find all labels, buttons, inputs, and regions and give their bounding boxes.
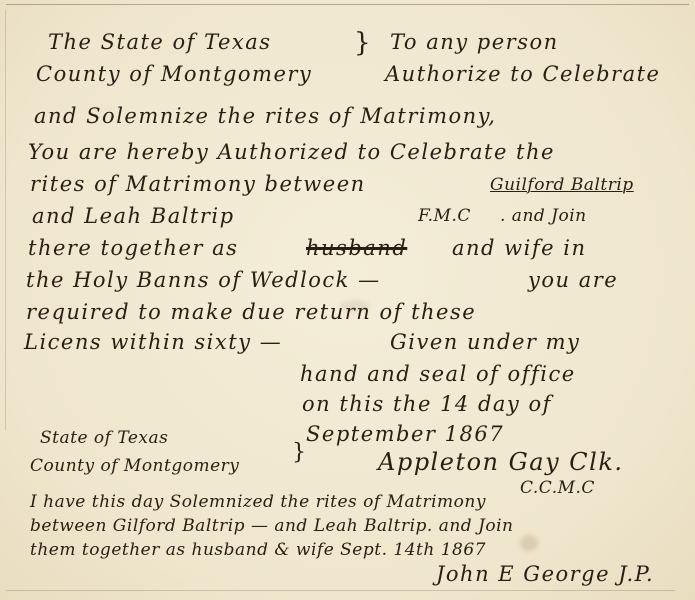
- license-line-1: and Solemnize the rites of Matrimony,: [34, 104, 496, 128]
- and-wife-in: and wife in: [452, 236, 586, 260]
- and-join: . and Join: [500, 206, 587, 226]
- justice-signature: John E George J.P.: [436, 562, 654, 586]
- caption-brace-icon: }: [354, 28, 371, 58]
- license-line-5: there together as: [28, 236, 238, 260]
- license-line-10: on this the 14 day of: [302, 392, 552, 416]
- clerk-title: C.C.M.C: [520, 478, 595, 498]
- return-line-1: I have this day Solemnized the rites of …: [30, 492, 486, 512]
- groom-name: Guilford Baltrip: [490, 175, 634, 195]
- license-line-4: and Leah Baltrip: [32, 204, 235, 228]
- ink-smudge: [340, 300, 370, 312]
- return-line-3: them together as husband & wife Sept. 14…: [30, 540, 486, 560]
- caption-authorize: Authorize to Celebrate: [385, 62, 660, 86]
- license-line-8: Licens within sixty —: [24, 330, 282, 354]
- caption-state: The State of Texas: [48, 30, 272, 54]
- license-line-11: September 1867: [306, 422, 504, 446]
- given-under: Given under my: [390, 330, 580, 354]
- return-caption-county: County of Montgomery: [30, 456, 239, 476]
- left-margin-rule: [5, 10, 6, 430]
- license-line-3: rites of Matrimony between: [30, 172, 366, 196]
- caption-to-any-person: To any person: [390, 30, 559, 54]
- license-line-9: hand and seal of office: [300, 362, 576, 386]
- fmc-abbreviation: F.M.C: [418, 206, 471, 226]
- top-border-rule: [6, 4, 689, 5]
- license-line-2: You are hereby Authorized to Celebrate t…: [28, 140, 555, 164]
- return-line-2: between Gilford Baltrip — and Leah Baltr…: [30, 516, 514, 536]
- document-page: The State of Texas County of Montgomery …: [0, 0, 695, 600]
- license-line-6: the Holy Banns of Wedlock —: [26, 268, 381, 292]
- struck-word: husband: [306, 236, 407, 260]
- return-brace-icon: }: [292, 440, 306, 465]
- bottom-border-rule: [6, 590, 675, 591]
- you-are: you are: [528, 268, 618, 292]
- license-line-7: required to make due return of these: [26, 300, 476, 324]
- return-caption-state: State of Texas: [40, 428, 168, 448]
- caption-county: County of Montgomery: [36, 62, 312, 86]
- clerk-signature: Appleton Gay Clk.: [378, 448, 624, 476]
- ink-stain: [520, 535, 538, 551]
